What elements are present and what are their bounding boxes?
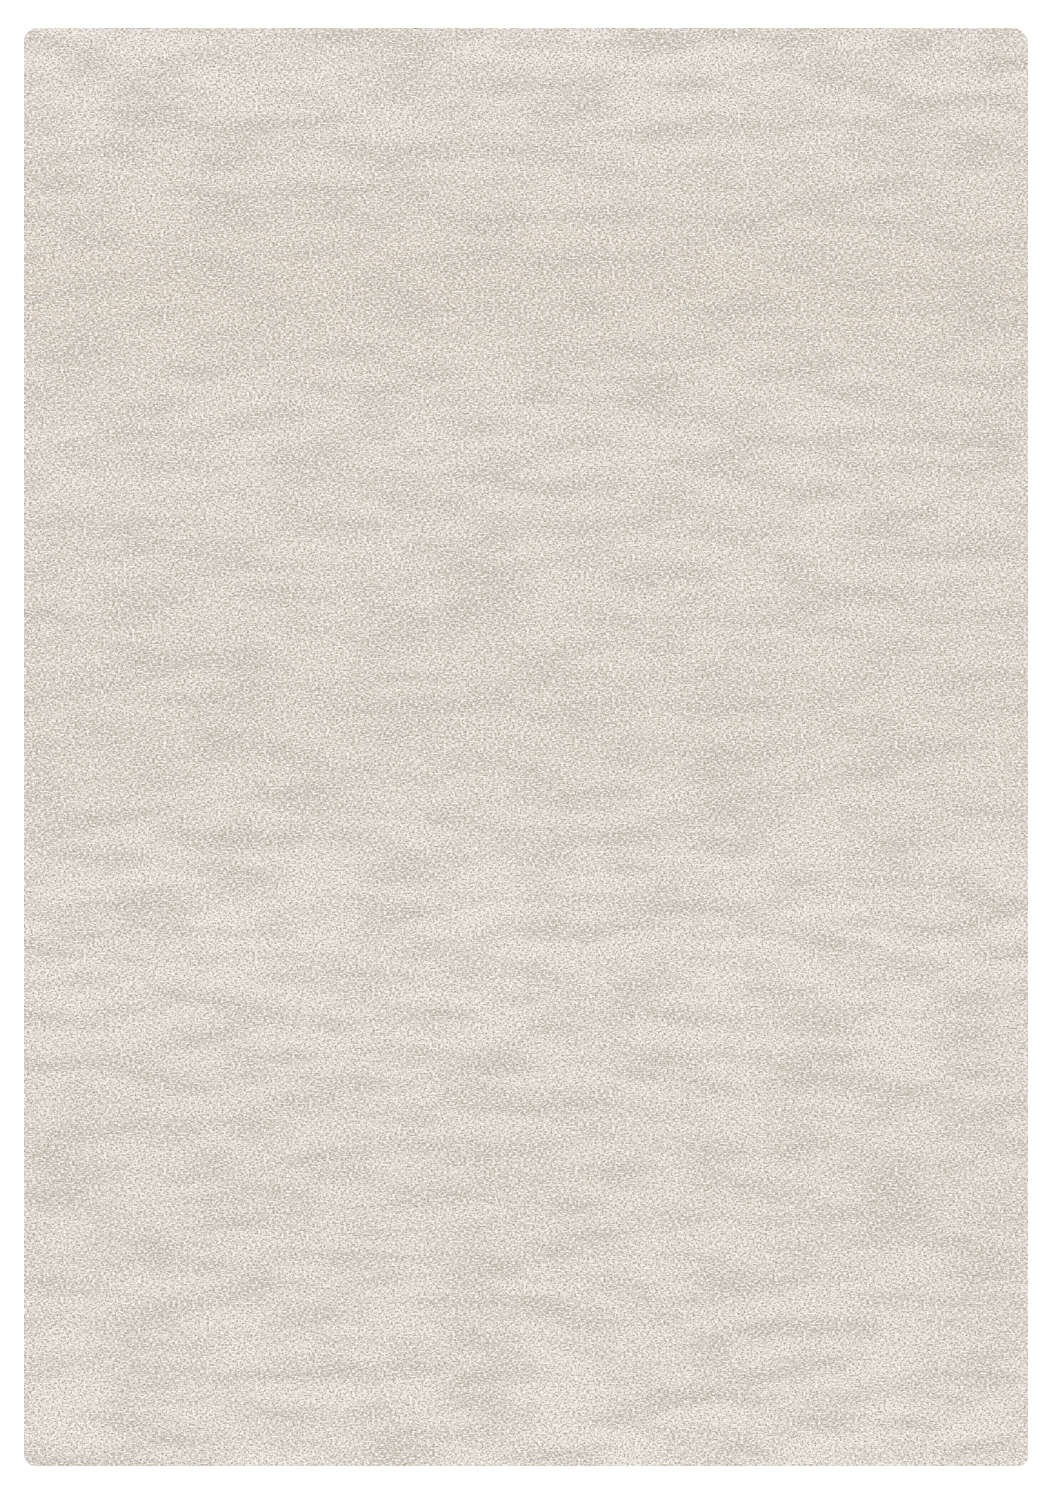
shag-rug <box>24 28 1028 1466</box>
rug-texture <box>24 28 1028 1466</box>
